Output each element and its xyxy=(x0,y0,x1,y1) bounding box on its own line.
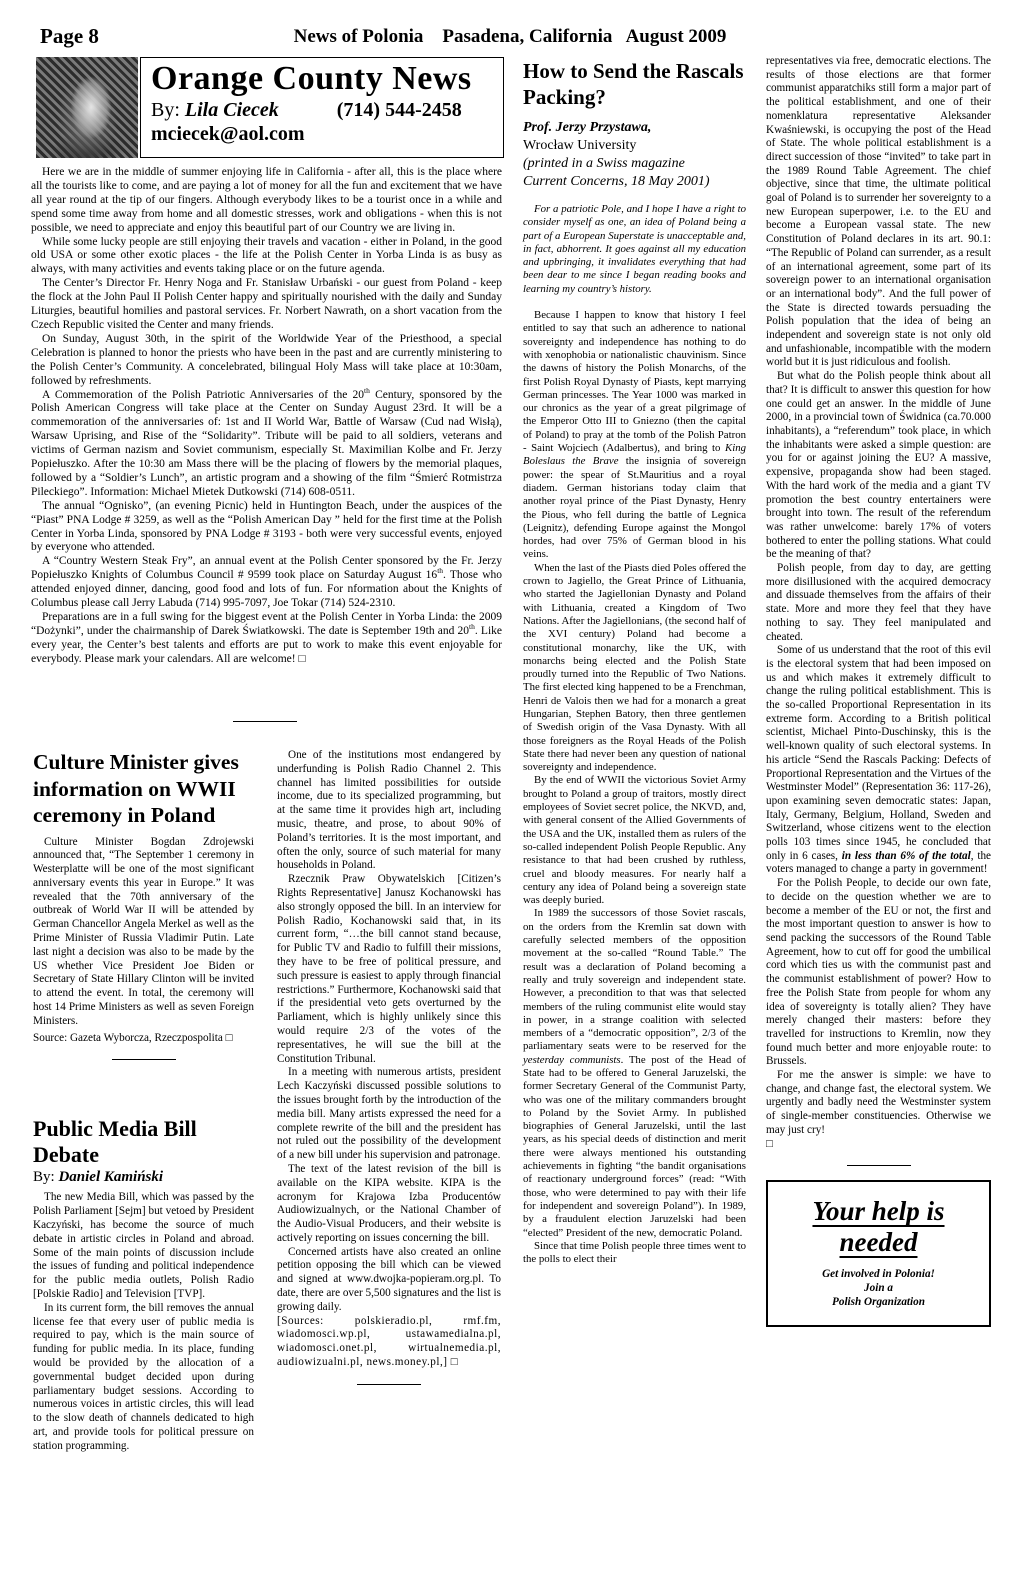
article-title-public-media: Public Media Bill Debate xyxy=(33,1116,254,1168)
public-media-body-col2: One of the institutions most endangered … xyxy=(277,749,501,1315)
help-box-line: Join a xyxy=(774,1282,983,1296)
third-column: How to Send the Rascals Packing? Prof. J… xyxy=(523,58,746,1266)
paragraph: By the end of WWII the victorious Soviet… xyxy=(523,774,746,907)
culture-minister-body: Culture Minister Bogdan Zdrojewski annou… xyxy=(33,836,254,1029)
left-column: Culture Minister gives information on WW… xyxy=(33,749,254,1454)
oc-news-byline: By: Lila Ciecek(714) 544-2458 xyxy=(151,98,493,122)
paragraph: Since that time Polish people three time… xyxy=(523,1240,746,1267)
sources-line: [Sources: polskieradio.pl, rmf.fm, wiado… xyxy=(277,1315,501,1370)
paragraph: Some of us understand that the root of t… xyxy=(766,644,991,877)
oc-news-title: Orange County News xyxy=(151,59,493,98)
rascals-body-col3: Because I happen to know that history I … xyxy=(523,309,746,1266)
section-divider xyxy=(847,1165,911,1166)
fourth-column: representatives via free, democratic ele… xyxy=(766,55,991,1327)
paragraph: On Sunday, August 30th, in the spirit of… xyxy=(31,333,502,389)
article-title-culture-minister: Culture Minister gives information on WW… xyxy=(33,749,254,829)
paragraph: Concerned artists have also created an o… xyxy=(277,1246,501,1315)
byline-prefix: By: xyxy=(151,99,185,121)
spacer xyxy=(33,1060,254,1116)
paragraph: The new Media Bill, which was passed by … xyxy=(33,1191,254,1301)
paragraph: In its current form, the bill removes th… xyxy=(33,1302,254,1454)
paragraph: The Center’s Director Fr. Henry Noga and… xyxy=(31,277,502,333)
byline-phone: (714) 544-2458 xyxy=(337,99,462,121)
paragraph: Because I happen to know that history I … xyxy=(523,309,746,562)
rascals-affiliation: Wrocław University xyxy=(523,137,746,155)
help-box-line: Get involved in Polonia! xyxy=(774,1268,983,1282)
paragraph: For me the answer is simple: we have to … xyxy=(766,1069,991,1138)
rascals-printed-note: Current Concerns, 18 May 2001) xyxy=(523,173,746,191)
paragraph: For the Polish People, to decide our own… xyxy=(766,877,991,1069)
rascals-body-col4: representatives via free, democratic ele… xyxy=(766,55,991,1151)
help-box: Your help is needed Get involved in Polo… xyxy=(766,1180,991,1327)
paragraph: In 1989 the successors of those Soviet r… xyxy=(523,907,746,1239)
paragraph: One of the institutions most endangered … xyxy=(277,749,501,873)
paragraph: But what do the Polish people think abou… xyxy=(766,370,991,562)
paragraph: Polish people, from day to day, are gett… xyxy=(766,562,991,644)
paragraph: In a meeting with numerous artists, pres… xyxy=(277,1066,501,1163)
public-media-body-col1: The new Media Bill, which was passed by … xyxy=(33,1191,254,1453)
paragraph: The text of the latest revision of the b… xyxy=(277,1163,501,1246)
masthead: News of Polonia Pasadena, California Aug… xyxy=(0,26,1020,48)
paragraph: A Commemoration of the Polish Patriotic … xyxy=(31,389,502,500)
second-column: One of the institutions most endangered … xyxy=(277,749,501,1385)
source-line: Source: Gazeta Wyborcza, Rzeczpospolita … xyxy=(33,1032,254,1046)
paragraph: Rzecznik Praw Obywatelskich [Citizen’s R… xyxy=(277,873,501,1066)
public-media-byline: By: Daniel Kamiński xyxy=(33,1168,254,1186)
paragraph: □ xyxy=(766,1138,991,1152)
byline-author: Lila Ciecek xyxy=(185,99,279,121)
help-box-headline: Your help is needed xyxy=(774,1196,983,1258)
paragraph: When the last of the Piasts died Poles o… xyxy=(523,562,746,775)
help-box-line: Polish Organization xyxy=(774,1296,983,1310)
rascals-printed-note: (printed in a Swiss magazine xyxy=(523,155,746,173)
author-photo xyxy=(36,57,138,158)
section-divider xyxy=(357,1384,421,1385)
byline-email: mciecek@aol.com xyxy=(151,122,493,146)
byline-author: Daniel Kamiński xyxy=(58,1169,163,1185)
paragraph: Here we are in the middle of summer enjo… xyxy=(31,166,502,236)
oc-news-article-body: Here we are in the middle of summer enjo… xyxy=(31,166,502,667)
paragraph: Preparations are in a full swing for the… xyxy=(31,611,502,667)
paragraph: While some lucky people are still enjoyi… xyxy=(31,236,502,278)
paragraph: The annual “Ognisko”, (an evening Picnic… xyxy=(31,500,502,556)
article-title-rascals: How to Send the Rascals Packing? xyxy=(523,58,746,110)
byline-prefix: By: xyxy=(33,1169,58,1185)
rascals-author: Prof. Jerzy Przystawa, xyxy=(523,119,746,137)
section-divider xyxy=(233,721,297,722)
oc-news-header-box: Orange County News By: Lila Ciecek(714) … xyxy=(140,57,504,158)
rascals-lead-paragraph: For a patriotic Pole, and I hope I have … xyxy=(523,203,746,296)
paragraph: Culture Minister Bogdan Zdrojewski annou… xyxy=(33,836,254,1029)
paragraph: representatives via free, democratic ele… xyxy=(766,55,991,370)
paragraph: A “Country Western Steak Fry”, an annual… xyxy=(31,555,502,611)
